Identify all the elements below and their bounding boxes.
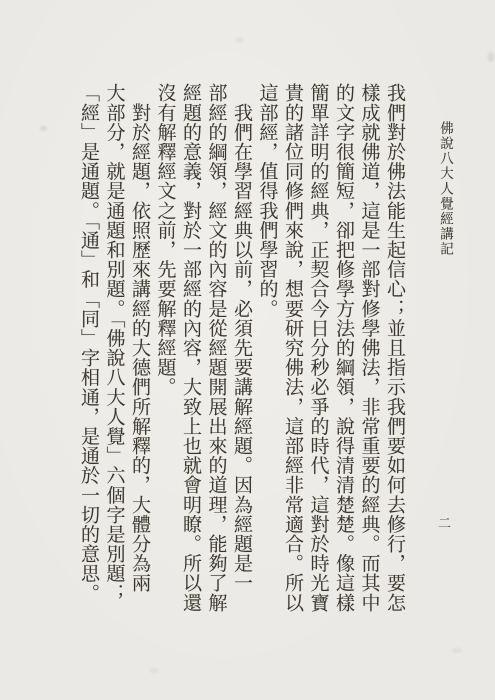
scan-smudge bbox=[452, 648, 462, 653]
text-column: 大部分，就是通題和別題。「佛說八大人覺」六個字是別題； bbox=[101, 83, 127, 620]
running-title: 佛說八大人覺經講記 bbox=[436, 121, 454, 257]
text-column: 部經的綱領，經文的內容是從經題開展出來的道理，能夠了解 bbox=[203, 83, 229, 620]
text-column: 經題的意義，對於一部經的內容，大致上也就會明瞭。所以還 bbox=[178, 83, 204, 620]
text-column: 我們在學習經典以前，必須先要講解經題。因為經題是一 bbox=[229, 83, 255, 620]
text-column: 樣成就佛道，這是一部對修學佛法，非常重要的經典。而其中 bbox=[356, 83, 382, 620]
text-column: 貴的諸位同修們來說，想要研究佛法，這部經非常適合。所以 bbox=[280, 83, 306, 620]
text-column: 簡單詳明的經典，正契合今日分秒必爭的時代，這對於時光寶 bbox=[305, 83, 331, 620]
paragraph-1: 我們對於佛法能生起信心；並且指示我們要如何去修行，要怎樣成就佛道，這是一部對修學… bbox=[254, 83, 407, 620]
text-column: 這部經，值得我們學習的。 bbox=[254, 83, 280, 620]
page-number: 二 bbox=[434, 516, 452, 529]
paragraph-2: 我們在學習經典以前，必須先要講解經題。因為經題是一部經的綱領，經文的內容是從經題… bbox=[152, 83, 254, 620]
sutra-text-body: 我們對於佛法能生起信心；並且指示我們要如何去修行，要怎樣成就佛道，這是一部對修學… bbox=[76, 83, 408, 620]
scanned-book-page: 我們對於佛法能生起信心；並且指示我們要如何去修行，要怎樣成就佛道，這是一部對修學… bbox=[0, 0, 495, 700]
text-column: 我們對於佛法能生起信心；並且指示我們要如何去修行，要怎 bbox=[382, 83, 408, 620]
paragraph-3: 對於經題，依照歷來講經的大德們所解釋的，大體分為兩大部分，就是通題和別題。「佛說… bbox=[76, 83, 153, 620]
scan-smudge bbox=[236, 38, 244, 42]
scan-smudge bbox=[488, 52, 494, 62]
text-column: 沒有解釋經文之前，先要解釋經題。 bbox=[152, 83, 178, 620]
text-column: 「經」是通題。「通」和「同」字相通，是通於一切的意思。 bbox=[76, 83, 102, 620]
text-column: 的文字很簡短，卻把修學方法的綱領，說得清清楚楚。像這樣 bbox=[331, 83, 357, 620]
scan-smudge bbox=[150, 668, 159, 673]
text-column: 對於經題，依照歷來講經的大德們所解釋的，大體分為兩 bbox=[127, 83, 153, 620]
scan-smudge bbox=[40, 126, 47, 131]
